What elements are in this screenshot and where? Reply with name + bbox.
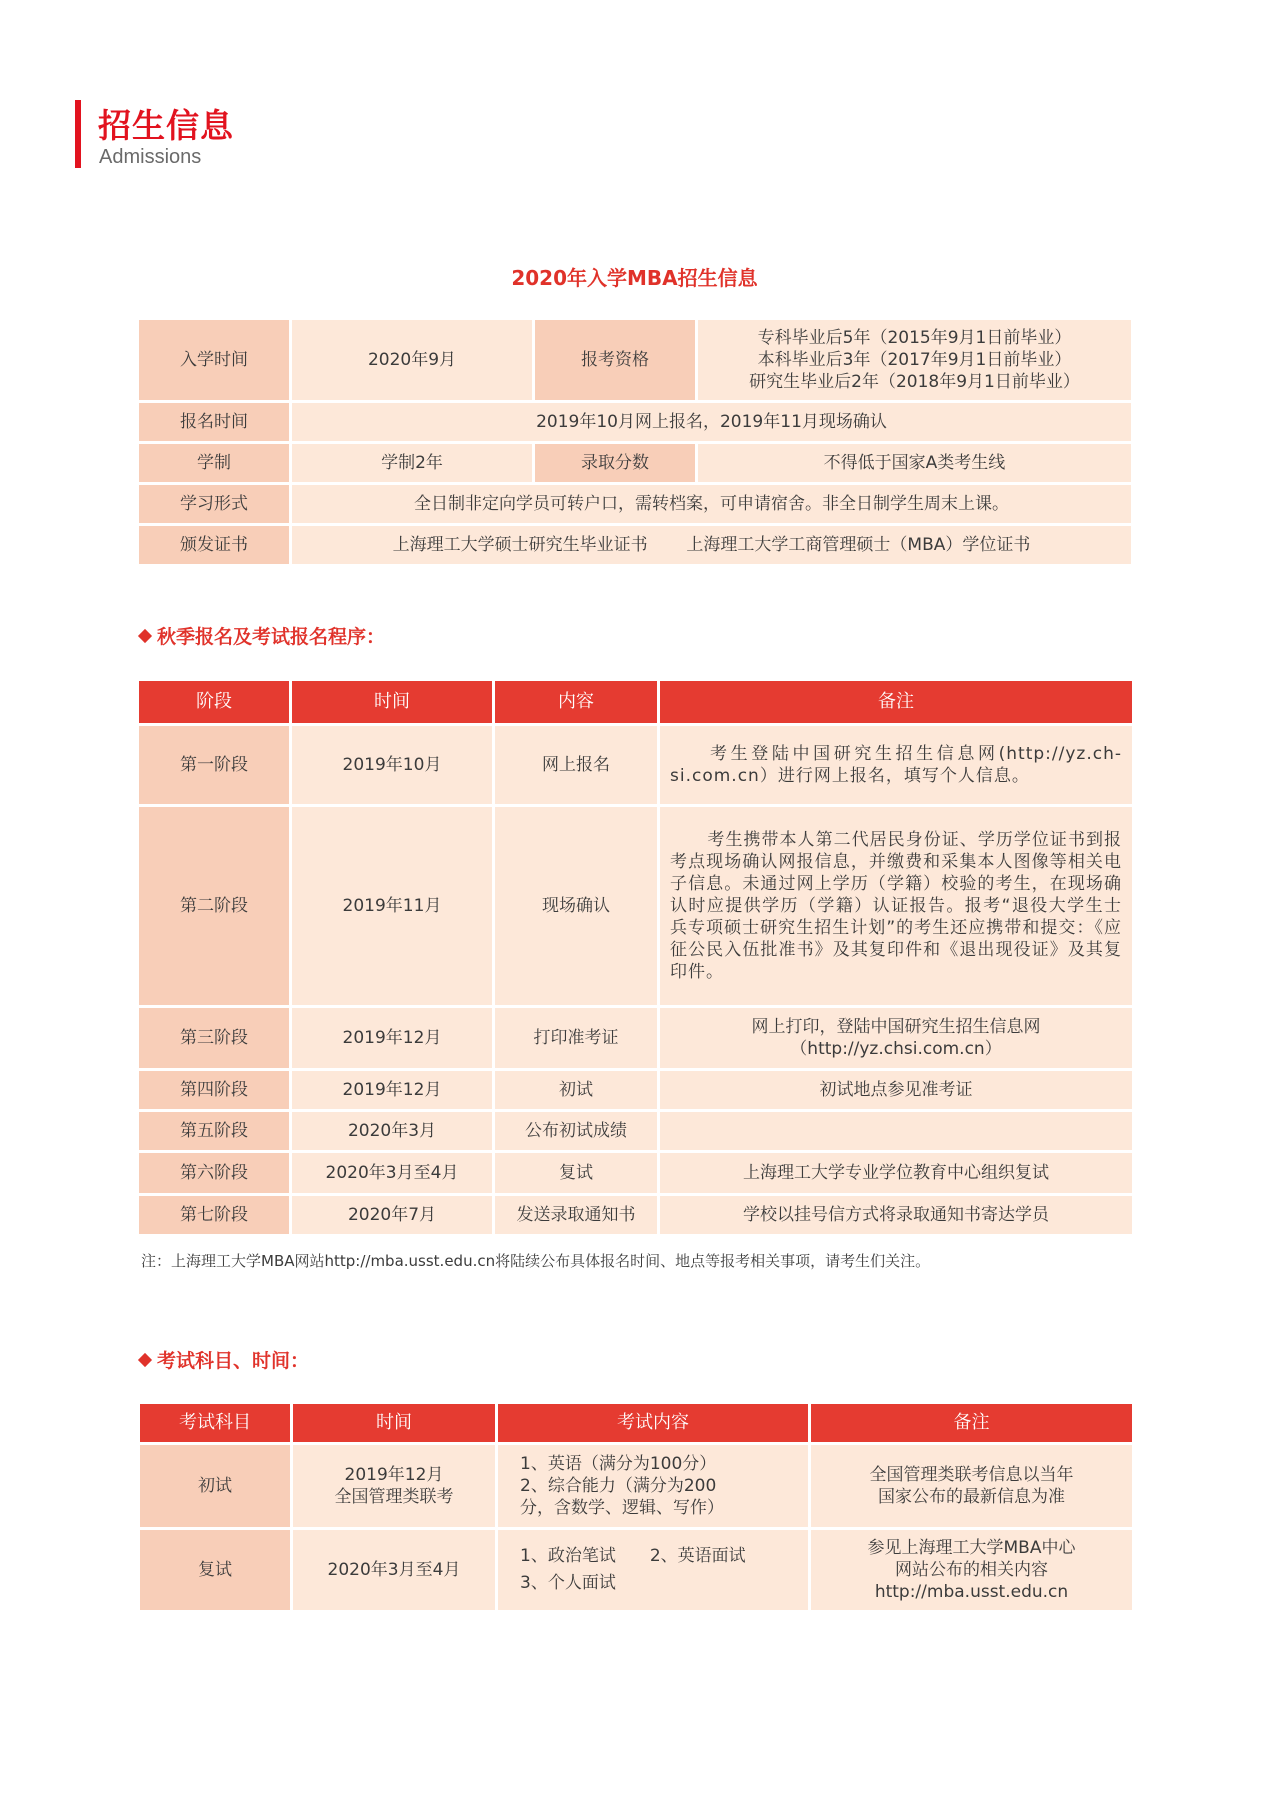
content-cell: 发送录取通知书: [495, 1196, 657, 1234]
eligibility-line: 研究生毕业后2年（2018年9月1日前毕业）: [698, 371, 1131, 393]
table-row: 学习形式 全日制非定向学员可转户口，需转档案，可申请宿舍。非全日制学生周末上课。: [139, 485, 1131, 523]
eligibility-line: 本科毕业后3年（2017年9月1日前毕业）: [698, 349, 1131, 371]
page-subtitle: Admissions: [99, 146, 201, 169]
column-header-time: 时间: [293, 1404, 495, 1442]
registration-time-value: 2019年10月网上报名，2019年11月现场确认: [292, 403, 1131, 441]
time-cell: 2019年12月: [292, 1008, 492, 1068]
procedure-section-title: 秋季报名及考试报名程序：: [140, 622, 385, 649]
time-cell: 2019年12月: [292, 1071, 492, 1109]
stage-cell: 第七阶段: [139, 1196, 289, 1234]
exam-table: 考试科目 时间 考试内容 备注 初试 2019年12月 全国管理类联考 1、英语…: [137, 1401, 1135, 1613]
procedure-table: 阶段 时间 内容 备注 第一阶段 2019年10月 网上报名 考生登陆中国研究生…: [136, 678, 1135, 1237]
column-header-subject: 考试科目: [140, 1404, 290, 1442]
duration-value: 学制2年: [292, 444, 532, 482]
time-cell: 2019年10月: [292, 726, 492, 804]
table-row: 报名时间 2019年10月网上报名，2019年11月现场确认: [139, 403, 1131, 441]
stage-cell: 第六阶段: [139, 1153, 289, 1193]
table-row: 复试 2020年3月至4月 1、政治笔试 2、英语面试 3、个人面试 参见上海理…: [140, 1530, 1132, 1610]
stage-cell: 第一阶段: [139, 726, 289, 804]
table-row: 第六阶段 2020年3月至4月 复试 上海理工大学专业学位教育中心组织复试: [139, 1153, 1132, 1193]
content-cell: 初试: [495, 1071, 657, 1109]
stage-cell: 第四阶段: [139, 1071, 289, 1109]
table-header-row: 考试科目 时间 考试内容 备注: [140, 1404, 1132, 1442]
content-cell: 现场确认: [495, 807, 657, 1005]
diamond-bullet-icon: [138, 1353, 152, 1367]
admission-score-value: 不得低于国家A类考生线: [698, 444, 1131, 482]
diamond-bullet-icon: [138, 629, 152, 643]
eligibility-line: 专科毕业后5年（2015年9月1日前毕业）: [698, 327, 1131, 349]
admission-info-table: 入学时间 2020年9月 报考资格 专科毕业后5年（2015年9月1日前毕业） …: [136, 317, 1134, 567]
column-header-exam-content: 考试内容: [498, 1404, 808, 1442]
note-cell: 网上打印，登陆中国研究生招生信息网 （http://yz.chsi.com.cn…: [660, 1008, 1132, 1068]
time-cell: 2019年11月: [292, 807, 492, 1005]
table-row: 初试 2019年12月 全国管理类联考 1、英语（满分为100分） 2、综合能力…: [140, 1445, 1132, 1527]
exam-content-cell: 1、政治笔试 2、英语面试 3、个人面试: [498, 1530, 808, 1610]
table-row: 第四阶段 2019年12月 初试 初试地点参见准考证: [139, 1071, 1132, 1109]
certificate-graduation: 上海理工大学硕士研究生毕业证书: [393, 535, 648, 555]
note-cell: 全国管理类联考信息以当年 国家公布的最新信息为准: [811, 1445, 1132, 1527]
eligibility-value: 专科毕业后5年（2015年9月1日前毕业） 本科毕业后3年（2017年9月1日前…: [698, 320, 1131, 400]
note-cell: 初试地点参见准考证: [660, 1071, 1132, 1109]
column-header-time: 时间: [292, 681, 492, 723]
column-header-stage: 阶段: [139, 681, 289, 723]
content-cell: 网上报名: [495, 726, 657, 804]
document-title: 2020年入学MBA招生信息: [0, 262, 1269, 291]
table-row: 颁发证书 上海理工大学硕士研究生毕业证书 上海理工大学工商管理硕士（MBA）学位…: [139, 526, 1131, 564]
content-cell: 公布初试成绩: [495, 1112, 657, 1150]
study-form-label: 学习形式: [139, 485, 289, 523]
table-row: 第三阶段 2019年12月 打印准考证 网上打印，登陆中国研究生招生信息网 （h…: [139, 1008, 1132, 1068]
time-cell: 2019年12月 全国管理类联考: [293, 1445, 495, 1527]
exam-section-title: 考试科目、时间：: [140, 1346, 309, 1373]
registration-time-label: 报名时间: [139, 403, 289, 441]
time-cell: 2020年3月: [292, 1112, 492, 1150]
subject-cell: 复试: [140, 1530, 290, 1610]
time-cell: 2020年7月: [292, 1196, 492, 1234]
column-header-content: 内容: [495, 681, 657, 723]
table-row: 学制 学制2年 录取分数 不得低于国家A类考生线: [139, 444, 1131, 482]
procedure-footnote: 注：上海理工大学MBA网站http://mba.usst.edu.cn将陆续公布…: [141, 1250, 930, 1271]
column-header-notes: 备注: [811, 1404, 1132, 1442]
note-cell: 学校以挂号信方式将录取通知书寄达学员: [660, 1196, 1132, 1234]
exam-content-cell: 1、英语（满分为100分） 2、综合能力（满分为200 分，含数学、逻辑、写作）: [498, 1445, 808, 1527]
time-cell: 2020年3月至4月: [292, 1153, 492, 1193]
stage-cell: 第五阶段: [139, 1112, 289, 1150]
page-title: 招生信息: [98, 100, 234, 147]
certificate-label: 颁发证书: [139, 526, 289, 564]
study-form-value: 全日制非定向学员可转户口，需转档案，可申请宿舍。非全日制学生周末上课。: [292, 485, 1131, 523]
column-header-notes: 备注: [660, 681, 1132, 723]
certificate-degree: 上海理工大学工商管理硕士（MBA）学位证书: [686, 535, 1030, 555]
table-header-row: 阶段 时间 内容 备注: [139, 681, 1132, 723]
table-row: 第二阶段 2019年11月 现场确认 考生携带本人第二代居民身份证、学历学位证书…: [139, 807, 1132, 1005]
stage-cell: 第三阶段: [139, 1008, 289, 1068]
enrollment-time-label: 入学时间: [139, 320, 289, 400]
table-row: 第五阶段 2020年3月 公布初试成绩: [139, 1112, 1132, 1150]
enrollment-time-value: 2020年9月: [292, 320, 532, 400]
stage-cell: 第二阶段: [139, 807, 289, 1005]
subject-cell: 初试: [140, 1445, 290, 1527]
table-row: 第七阶段 2020年7月 发送录取通知书 学校以挂号信方式将录取通知书寄达学员: [139, 1196, 1132, 1234]
certificate-value: 上海理工大学硕士研究生毕业证书 上海理工大学工商管理硕士（MBA）学位证书: [292, 526, 1131, 564]
eligibility-label: 报考资格: [535, 320, 695, 400]
header-accent-bar: [75, 100, 81, 168]
duration-label: 学制: [139, 444, 289, 482]
time-cell: 2020年3月至4月: [293, 1530, 495, 1610]
content-cell: 复试: [495, 1153, 657, 1193]
note-cell: 参见上海理工大学MBA中心 网站公布的相关内容 http://mba.usst.…: [811, 1530, 1132, 1610]
content-cell: 打印准考证: [495, 1008, 657, 1068]
table-row: 入学时间 2020年9月 报考资格 专科毕业后5年（2015年9月1日前毕业） …: [139, 320, 1131, 400]
note-cell: 考生携带本人第二代居民身份证、学历学位证书到报考点现场确认网报信息，并缴费和采集…: [660, 807, 1132, 1005]
admission-score-label: 录取分数: [535, 444, 695, 482]
note-cell: [660, 1112, 1132, 1150]
table-row: 第一阶段 2019年10月 网上报名 考生登陆中国研究生招生信息网(http:/…: [139, 726, 1132, 804]
note-cell: 上海理工大学专业学位教育中心组织复试: [660, 1153, 1132, 1193]
note-cell: 考生登陆中国研究生招生信息网(http://yz.ch-si.com.cn）进行…: [660, 726, 1132, 804]
